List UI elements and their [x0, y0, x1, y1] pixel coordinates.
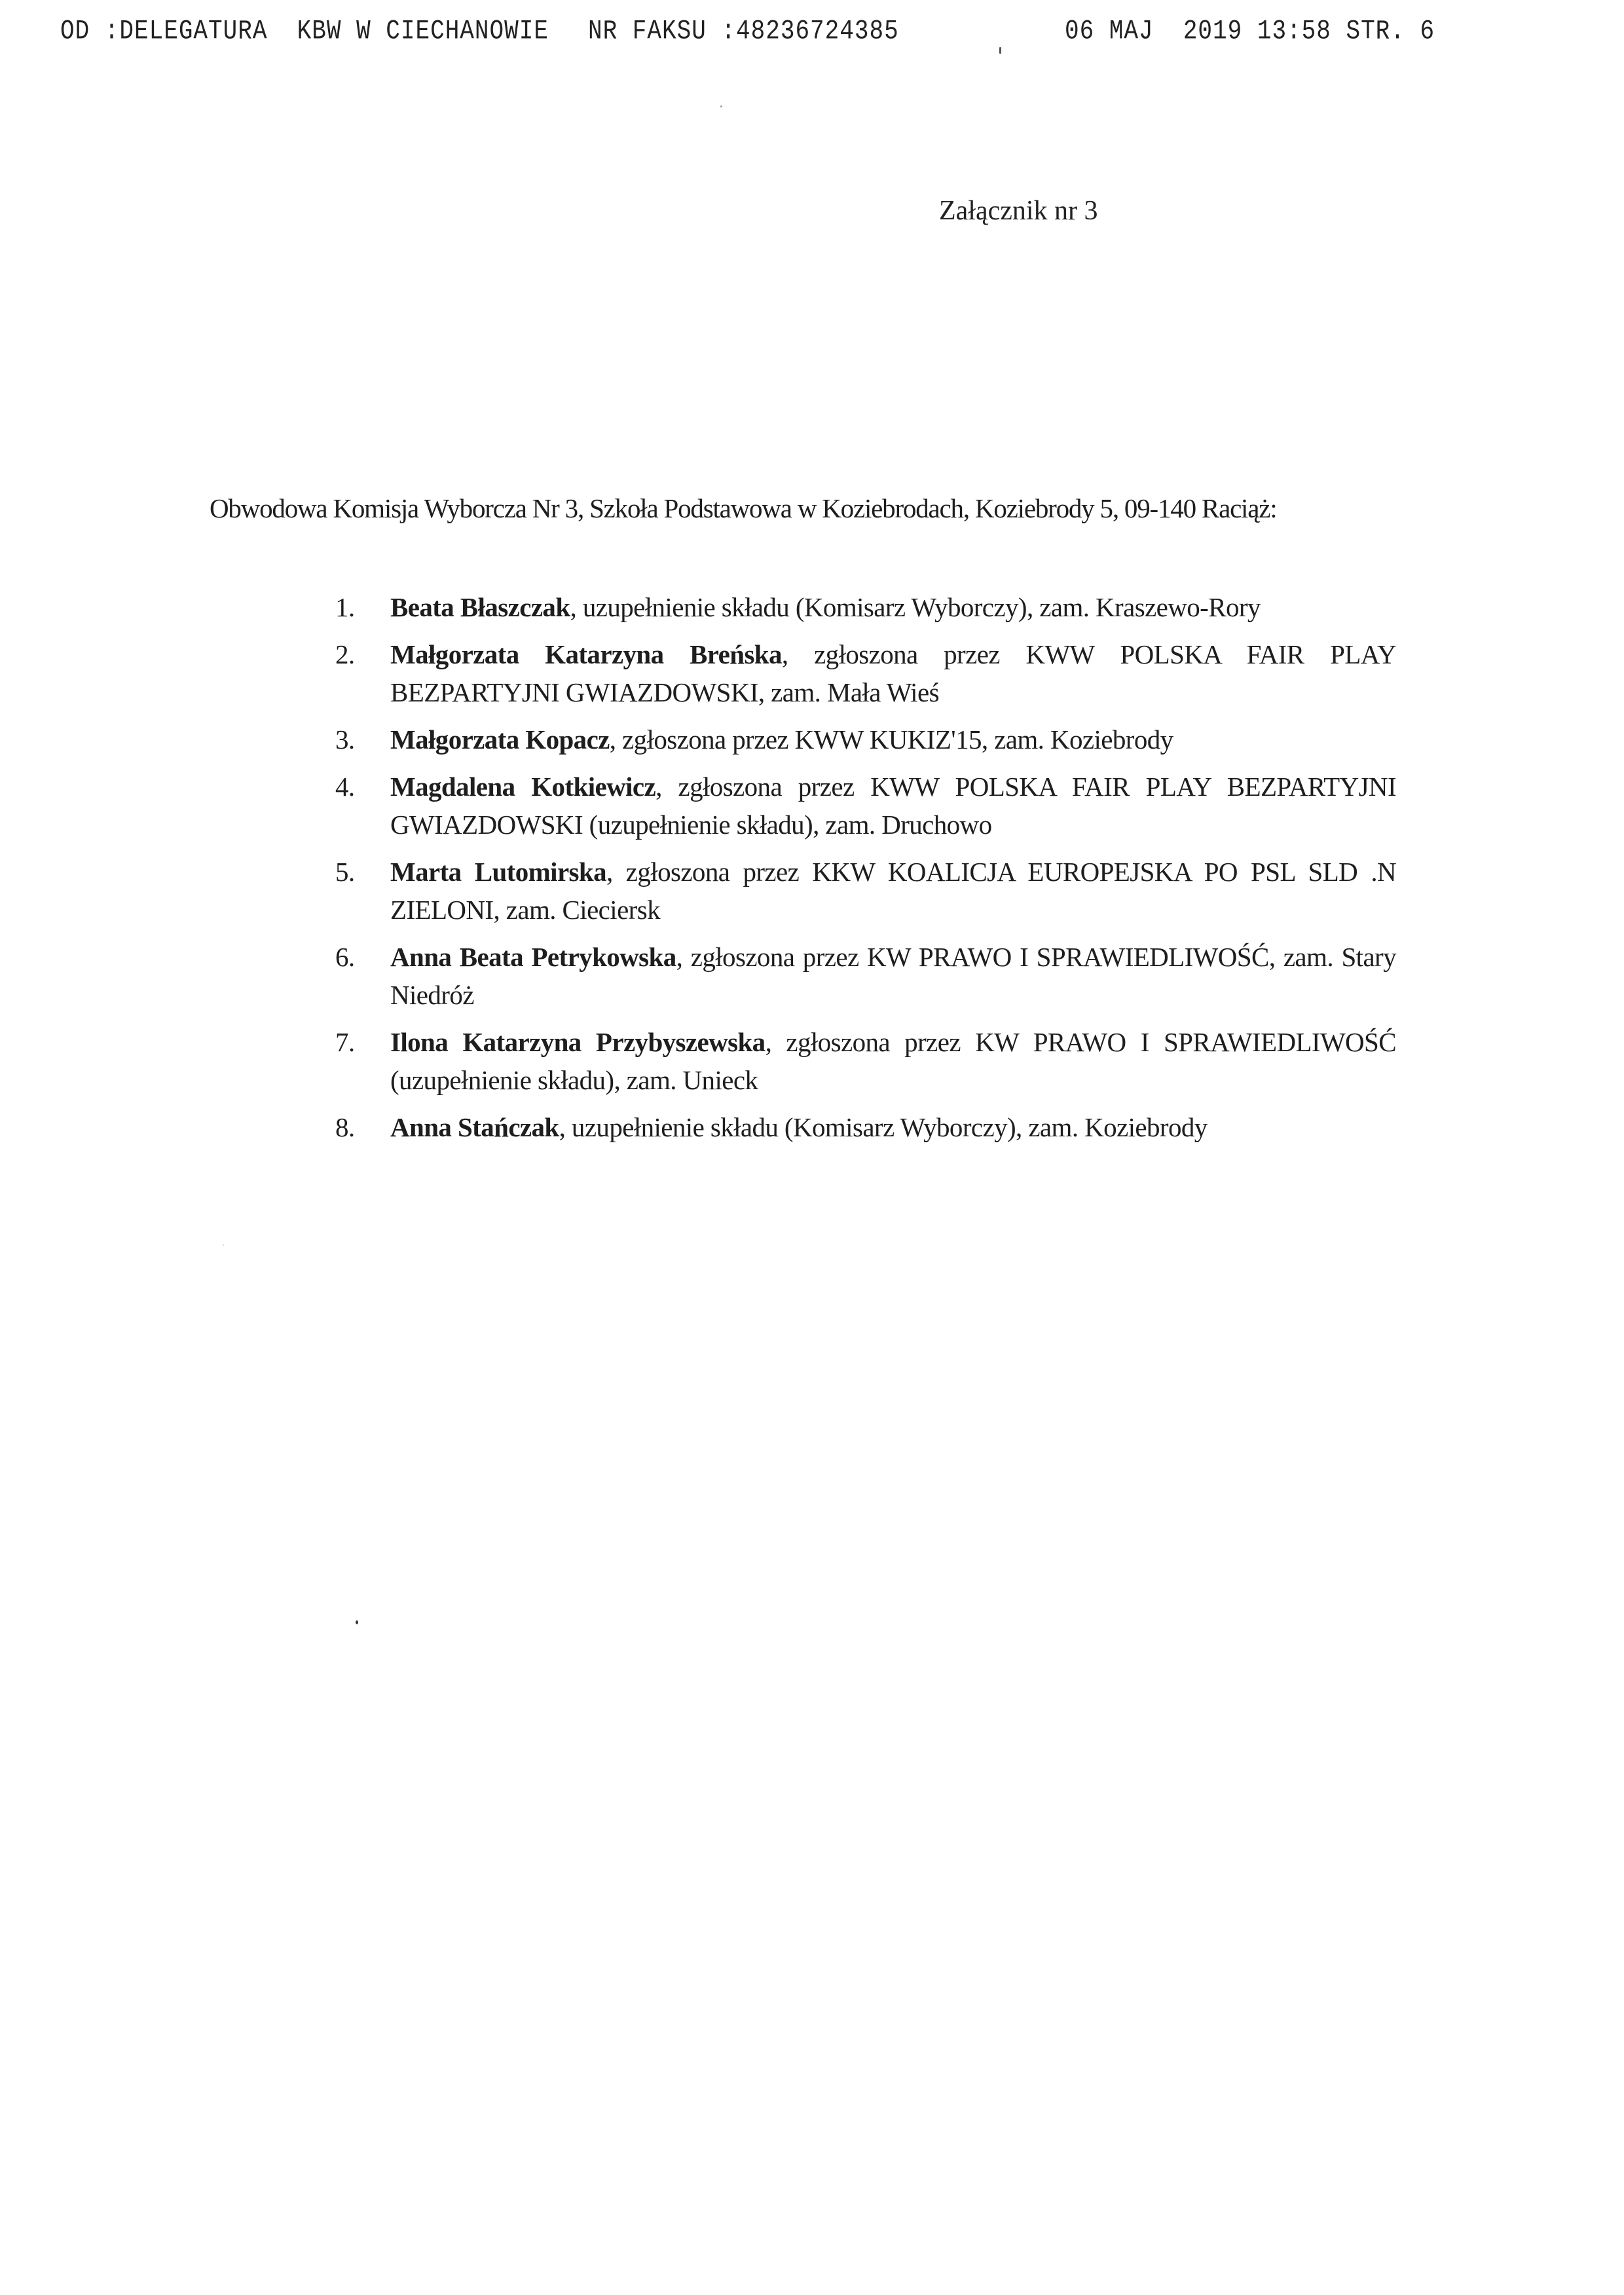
scan-speck	[720, 105, 722, 107]
fax-number: NR FAKSU :48236724385	[588, 16, 899, 47]
member-number: 5.	[335, 853, 355, 891]
scan-speck	[223, 1244, 224, 1246]
member-name: Beata Błaszczak	[390, 592, 570, 622]
member-details: , uzupełnienie składu (Komisarz Wyborczy…	[570, 592, 1261, 622]
member-item: 4. Magdalena Kotkiewicz, zgłoszona przez…	[335, 768, 1396, 844]
member-number: 1.	[335, 588, 355, 626]
member-number: 8.	[335, 1108, 355, 1146]
member-number: 6.	[335, 938, 355, 976]
member-details: , zgłoszona przez KWW KUKIZ'15, zam. Koz…	[610, 724, 1173, 755]
member-name: Ilona Katarzyna Przybyszewska	[390, 1027, 766, 1057]
attachment-label: Załącznik nr 3	[939, 195, 1098, 227]
members-list: 1. Beata Błaszczak, uzupełnienie składu …	[335, 588, 1396, 1155]
member-item: 3. Małgorzata Kopacz, zgłoszona przez KW…	[335, 720, 1396, 758]
scan-speck	[356, 1620, 358, 1624]
member-item: 6. Anna Beata Petrykowska, zgłoszona prz…	[335, 938, 1396, 1014]
member-name: Marta Lutomirska	[390, 857, 606, 887]
member-name: Małgorzata Kopacz	[390, 724, 610, 755]
fax-sender: OD :DELEGATURA KBW W CIECHANOWIE	[60, 16, 549, 47]
fax-date-page: 06 MAJ 2019 13:58 STR. 6	[1065, 16, 1435, 47]
member-name: Anna Beata Petrykowska	[390, 942, 676, 972]
member-name: Anna Stańczak	[390, 1112, 559, 1142]
member-item: 5. Marta Lutomirska, zgłoszona przez KKW…	[335, 853, 1396, 929]
member-details: , uzupełnienie składu (Komisarz Wyborczy…	[559, 1112, 1208, 1142]
member-name: Małgorzata Katarzyna Breńska	[390, 639, 782, 669]
member-item: 8. Anna Stańczak, uzupełnienie składu (K…	[335, 1108, 1396, 1146]
member-number: 2.	[335, 635, 355, 673]
member-number: 7.	[335, 1023, 355, 1061]
member-item: 1. Beata Błaszczak, uzupełnienie składu …	[335, 588, 1396, 626]
member-number: 3.	[335, 720, 355, 758]
member-item: 2. Małgorzata Katarzyna Breńska, zgłoszo…	[335, 635, 1396, 711]
member-name: Magdalena Kotkiewicz	[390, 772, 655, 802]
member-number: 4.	[335, 768, 355, 806]
fax-transmission-header: OD :DELEGATURA KBW W CIECHANOWIE NR FAKS…	[60, 16, 1566, 54]
commission-title: Obwodowa Komisja Wyborcza Nr 3, Szkoła P…	[210, 493, 1276, 524]
scan-speck	[999, 47, 1001, 54]
member-item: 7. Ilona Katarzyna Przybyszewska, zgłosz…	[335, 1023, 1396, 1099]
